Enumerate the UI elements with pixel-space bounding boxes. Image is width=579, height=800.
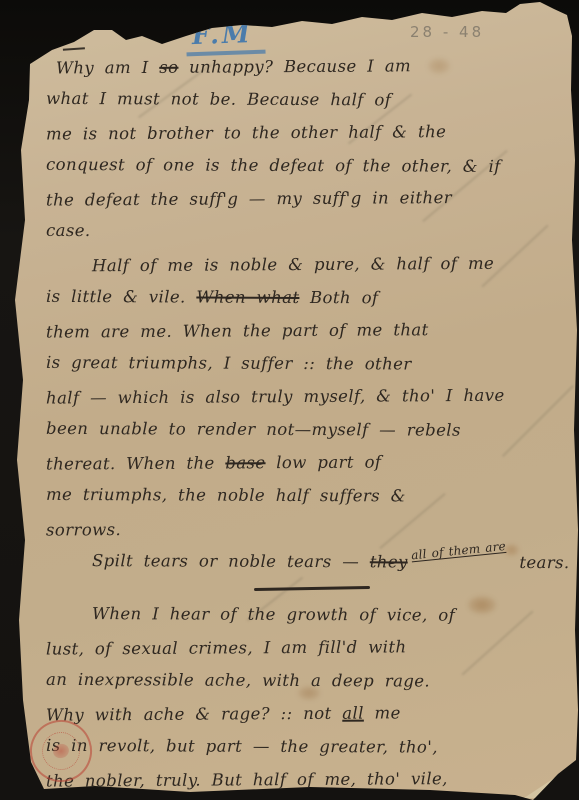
manuscript-line: lust, of sexual crimes, I am fill'd with	[46, 629, 555, 665]
handwriting-block: Why am I so unhappy? Because I amwhat I …	[46, 50, 555, 796]
manuscript-line: half — which is also truly myself, & tho…	[46, 378, 555, 414]
handwritten-text: all	[342, 704, 364, 723]
manuscript-page: 1 F.M 28 - 48 Why am I so unhappy? Becau…	[0, 0, 579, 800]
manuscript-line: the nobler, truly. But half of me, tho' …	[46, 761, 555, 797]
folio-number-pencil: 28 - 48	[410, 23, 484, 41]
manuscript-line: the defeat the suff'g — my suff'g in eit…	[46, 180, 555, 216]
handwritten-text: is little & vile.	[46, 287, 196, 307]
section-divider-stroke	[46, 578, 555, 598]
handwritten-text: Why with ache & rage? :: not	[46, 704, 342, 725]
manuscript-line: me triumphs, the noble half suffers &	[46, 478, 555, 513]
handwritten-text: Half of me is noble & pure, & half of me	[92, 254, 494, 275]
manuscript-line: When I hear of the growth of vice, of	[46, 597, 555, 632]
manuscript-line: Half of me is noble & pure, & half of me	[46, 246, 555, 282]
handwritten-text: the defeat the suff'g — my suff'g in eit…	[46, 188, 452, 209]
handwritten-text: unhappy? Because I am	[178, 56, 411, 76]
photo-backdrop: 1 F.M 28 - 48 Why am I so unhappy? Becau…	[0, 0, 579, 800]
handwritten-text: sorrows.	[46, 520, 121, 539]
handwritten-text: an inexpressible ache, with a deep rage.	[46, 670, 430, 691]
manuscript-line: what I must not be. Because half of	[46, 82, 555, 117]
handwritten-text: me	[364, 703, 401, 722]
handwritten-text: Spilt tears or noble tears —	[92, 551, 370, 571]
manuscript-line: Why with ache & rage? :: not all me	[46, 695, 555, 731]
handwritten-text: low part of	[266, 453, 382, 473]
manuscript-line: Spilt tears or noble tears — theyall of …	[46, 544, 555, 579]
struck-out-text: so	[159, 58, 178, 77]
handwritten-text: tears.	[509, 553, 570, 572]
handwritten-text: them are me. When the part of me that	[46, 320, 429, 341]
manuscript-line: is in revolt, but part — the greater, th…	[46, 729, 555, 764]
manuscript-line: Why am I so unhappy? Because I am	[46, 48, 555, 84]
handwritten-text: When I hear of the growth of vice, of	[92, 604, 455, 625]
manuscript-line: an inexpressible ache, with a deep rage.	[46, 663, 555, 698]
manuscript-line: is great triumphs, I suffer :: the other	[46, 346, 555, 381]
handwritten-text: conquest of one is the defeat of the oth…	[46, 155, 501, 176]
handwritten-text: me triumphs, the noble half suffers &	[46, 485, 406, 506]
manuscript-line: thereat. When the base low part of	[46, 444, 555, 480]
manuscript-line: conquest of one is the defeat of the oth…	[46, 148, 555, 183]
handwritten-text: been unable to render not—myself — rebel…	[46, 419, 461, 440]
handwritten-text: thereat. When the	[46, 453, 225, 473]
manuscript-line: case.	[46, 214, 555, 249]
handwritten-text: Why am I	[56, 58, 159, 78]
struck-out-text: base	[225, 453, 265, 472]
handwritten-text: is in revolt, but part — the greater, th…	[46, 736, 438, 757]
manuscript-line: is little & vile. When what Both of	[46, 280, 555, 315]
handwritten-text: me is not brother to the other half & th…	[46, 122, 446, 143]
handwritten-text: is great triumphs, I suffer :: the other	[46, 353, 412, 374]
page-number: 1	[61, 21, 85, 50]
handwritten-text: case.	[46, 221, 91, 240]
handwritten-text: Both of	[299, 288, 378, 307]
struck-out-text: they	[370, 552, 408, 571]
manuscript-line: them are me. When the part of me that	[46, 312, 555, 348]
handwritten-text: half — which is also truly myself, & tho…	[46, 386, 505, 408]
struck-out-text: When what	[196, 288, 299, 307]
handwritten-text: lust, of sexual crimes, I am fill'd with	[46, 637, 407, 658]
handwritten-text: the nobler, truly. But half of me, tho' …	[46, 769, 448, 790]
manuscript-line: been unable to render not—myself — rebel…	[46, 412, 555, 447]
manuscript-line: me is not brother to the other half & th…	[46, 114, 555, 150]
handwritten-text: what I must not be. Because half of	[46, 89, 391, 110]
